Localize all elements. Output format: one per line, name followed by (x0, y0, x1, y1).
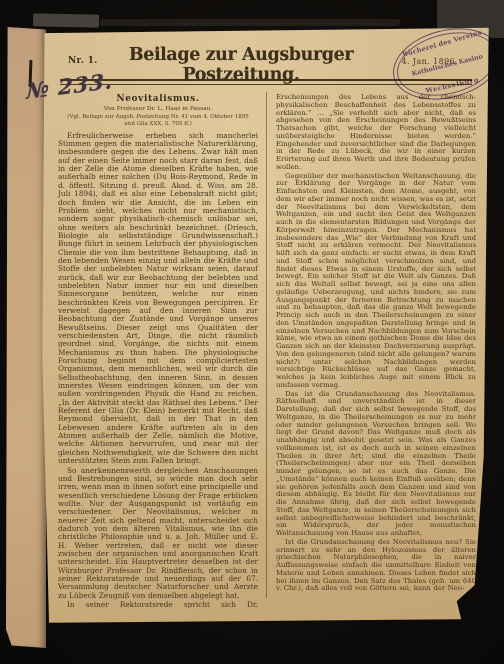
right-column-text: Erscheinungen des Lebens aus der chemisc… (276, 94, 476, 593)
article-paragraph: Erscheinungen des Lebens aus der chemisc… (276, 94, 476, 172)
book-edge-top-left (33, 13, 99, 27)
newspaper-page: Nr. 1. Beilage zur Augsburger Postzeitun… (40, 26, 490, 624)
right-column: Erscheinungen des Lebens aus der chemisc… (270, 90, 476, 608)
article-paragraph: Ist die Grundanschauung des Neovitalismu… (276, 539, 476, 593)
article-paragraph: So anerkennenswerth dergleichen Anschauu… (58, 467, 258, 601)
previous-page-edge (6, 27, 46, 648)
issue-number: Nr. 1. (68, 56, 98, 66)
column-divider-rule (266, 92, 267, 598)
article-paragraph: Erfreulicherweise erheben sich mancherle… (58, 132, 258, 466)
article-columns: Neovitalismus. Von Professor Dr. L. Haas… (56, 90, 476, 608)
article-byline: Von Professor Dr. L. Haas in Passau. (58, 106, 258, 112)
book-edge-top-middle (100, 19, 400, 26)
article-paragraph: Das ist die Grundanschauung des Neovital… (276, 391, 476, 538)
article-title: Neovitalismus. (58, 94, 258, 104)
photographed-newspaper-scan: Nr. 1. Beilage zur Augsburger Postzeitun… (0, 0, 504, 664)
article-reference: (Vgl. Beilage zur Augsb. Postzeitung Nr.… (64, 114, 252, 128)
article-paragraph: Gegenüber der mechanistischen Weltanscha… (276, 173, 476, 390)
left-column-text: Erfreulicherweise erheben sich mancherle… (58, 132, 258, 608)
article-paragraph: In seiner Rektoratsrede spricht sich Dr.… (58, 601, 258, 608)
left-column: Neovitalismus. Von Professor Dr. L. Haas… (56, 90, 260, 608)
page-content: Nr. 1. Beilage zur Augsburger Postzeitun… (40, 26, 490, 624)
masthead-title: Beilage zur Augsburger Postzeitung. (116, 45, 366, 85)
